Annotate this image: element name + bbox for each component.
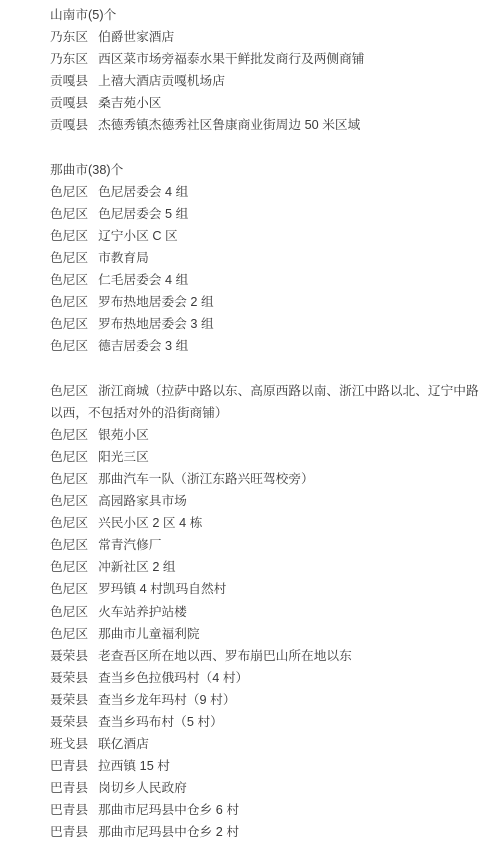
list-item: 聂荣县查当乡龙年玛村（9 村）: [50, 689, 483, 711]
place-label: 兴民小区 2 区 4 栋: [98, 516, 202, 530]
list-item: 色尼区银苑小区: [50, 424, 483, 446]
place-label: 德吉居委会 3 组: [98, 339, 188, 353]
place-label: 银苑小区: [98, 428, 149, 442]
district-label: 贡嘎县: [50, 96, 88, 110]
list-item: 色尼区那曲市儿童福利院: [50, 623, 483, 645]
list-item: 聂荣县查当乡色拉俄玛村（4 村）: [50, 667, 483, 689]
district-label: 色尼区: [50, 273, 88, 287]
place-label: 罗布热地居委会 2 组: [98, 295, 214, 309]
place-label: 那曲市尼玛县中仓乡 2 村: [98, 825, 239, 839]
list-item: 聂荣县查当乡玛布村（5 村）: [50, 711, 483, 733]
district-label: 色尼区: [50, 516, 88, 530]
place-label: 浙江商城（拉萨中路以东、高原西路以南、浙江中路以北、辽宁中路以西，不包括对外的沿…: [50, 384, 479, 420]
place-label: 老查吾区所在地以西、罗布崩巴山所在地以东: [98, 649, 352, 663]
city-section-title: 那曲市(38)个: [50, 159, 483, 181]
district-label: 色尼区: [50, 317, 88, 331]
district-label: 色尼区: [50, 207, 88, 221]
place-label: 桑吉苑小区: [98, 96, 161, 110]
district-label: 色尼区: [50, 560, 88, 574]
list-item: 色尼区辽宁小区 C 区: [50, 225, 483, 247]
place-label: 上禧大酒店贡嘎机场店: [98, 74, 225, 88]
list-item: 色尼区那曲汽车一队（浙江东路兴旺驾校旁）: [50, 468, 483, 490]
district-label: 色尼区: [50, 538, 88, 552]
list-item: 色尼区浙江商城（拉萨中路以东、高原西路以南、浙江中路以北、辽宁中路以西，不包括对…: [50, 380, 483, 424]
district-label: 色尼区: [50, 428, 88, 442]
city-section-naqu: 那曲市(38)个 色尼区色尼居委会 4 组 色尼区色尼居委会 5 组 色尼区辽宁…: [50, 159, 483, 358]
district-label: 色尼区: [50, 229, 88, 243]
place-label: 市教育局: [98, 251, 149, 265]
place-label: 岗切乡人民政府: [98, 781, 187, 795]
district-label: 乃东区: [50, 30, 88, 44]
district-label: 色尼区: [50, 627, 88, 641]
place-label: 常青汽修厂: [98, 538, 161, 552]
list-item: 色尼区兴民小区 2 区 4 栋: [50, 512, 483, 534]
district-label: 巴青县: [50, 781, 88, 795]
list-item: 巴青县岗切乡人民政府: [50, 777, 483, 799]
district-label: 贡嘎县: [50, 74, 88, 88]
list-item: 巴青县那曲市尼玛县中仓乡 6 村: [50, 799, 483, 821]
list-item: 乃东区伯爵世家酒店: [50, 26, 483, 48]
place-label: 仁毛居委会 4 组: [98, 273, 188, 287]
place-label: 拉西镇 15 村: [98, 759, 170, 773]
list-item: 色尼区市教育局: [50, 247, 483, 269]
place-label: 罗玛镇 4 村凯玛自然村: [98, 582, 226, 596]
list-item: 色尼区冲新社区 2 组: [50, 556, 483, 578]
district-label: 色尼区: [50, 605, 88, 619]
district-label: 贡嘎县: [50, 118, 88, 132]
place-label: 查当乡色拉俄玛村（4 村）: [98, 671, 248, 685]
place-label: 火车站养护站楼: [98, 605, 187, 619]
risk-area-list: 山南市(5)个 乃东区伯爵世家酒店 乃东区西区菜市场旁福泰水果干鲜批发商行及两侧…: [0, 0, 483, 844]
district-label: 巴青县: [50, 825, 88, 839]
list-item: 贡嘎县杰德秀镇杰德秀社区鲁康商业街周边 50 米区域: [50, 114, 483, 136]
list-item: 色尼区常青汽修厂: [50, 534, 483, 556]
district-label: 聂荣县: [50, 649, 88, 663]
place-label: 阳光三区: [98, 450, 149, 464]
place-label: 高园路家具市场: [98, 494, 187, 508]
place-label: 联亿酒店: [98, 737, 149, 751]
place-label: 罗布热地居委会 3 组: [98, 317, 214, 331]
district-label: 聂荣县: [50, 671, 88, 685]
list-item: 乃东区西区菜市场旁福泰水果干鲜批发商行及两侧商铺: [50, 48, 483, 70]
list-item: 聂荣县老查吾区所在地以西、罗布崩巴山所在地以东: [50, 645, 483, 667]
place-label: 西区菜市场旁福泰水果干鲜批发商行及两侧商铺: [98, 52, 364, 66]
district-label: 色尼区: [50, 384, 88, 398]
list-item: 色尼区阳光三区: [50, 446, 483, 468]
place-label: 杰德秀镇杰德秀社区鲁康商业街周边 50 米区域: [98, 118, 360, 132]
district-label: 巴青县: [50, 803, 88, 817]
list-item: 色尼区德吉居委会 3 组: [50, 335, 483, 357]
district-label: 乃东区: [50, 52, 88, 66]
place-label: 查当乡龙年玛村（9 村）: [98, 693, 235, 707]
place-label: 那曲汽车一队（浙江东路兴旺驾校旁）: [98, 472, 314, 486]
list-item: 巴青县那曲市尼玛县中仓乡 2 村: [50, 821, 483, 843]
place-label: 那曲市尼玛县中仓乡 6 村: [98, 803, 239, 817]
place-label: 冲新社区 2 组: [98, 560, 176, 574]
list-item: 色尼区高园路家具市场: [50, 490, 483, 512]
section-gap: [50, 358, 483, 380]
list-item: 色尼区色尼居委会 5 组: [50, 203, 483, 225]
list-item: 色尼区罗布热地居委会 2 组: [50, 291, 483, 313]
place-label: 色尼居委会 5 组: [98, 207, 188, 221]
list-item: 色尼区色尼居委会 4 组: [50, 181, 483, 203]
list-item: 色尼区罗玛镇 4 村凯玛自然村: [50, 578, 483, 600]
city-section-naqu-continued: 色尼区浙江商城（拉萨中路以东、高原西路以南、浙江中路以北、辽宁中路以西，不包括对…: [50, 380, 483, 844]
list-item: 色尼区仁毛居委会 4 组: [50, 269, 483, 291]
place-label: 色尼居委会 4 组: [98, 185, 188, 199]
place-label: 查当乡玛布村（5 村）: [98, 715, 223, 729]
city-section-shannan: 山南市(5)个 乃东区伯爵世家酒店 乃东区西区菜市场旁福泰水果干鲜批发商行及两侧…: [50, 4, 483, 137]
district-label: 色尼区: [50, 339, 88, 353]
district-label: 色尼区: [50, 582, 88, 596]
district-label: 巴青县: [50, 759, 88, 773]
list-item: 色尼区罗布热地居委会 3 组: [50, 313, 483, 335]
list-item: 巴青县拉西镇 15 村: [50, 755, 483, 777]
district-label: 色尼区: [50, 494, 88, 508]
place-label: 伯爵世家酒店: [98, 30, 174, 44]
district-label: 色尼区: [50, 251, 88, 265]
place-label: 那曲市儿童福利院: [98, 627, 200, 641]
district-label: 色尼区: [50, 295, 88, 309]
city-section-title: 山南市(5)个: [50, 4, 483, 26]
list-item: 色尼区火车站养护站楼: [50, 601, 483, 623]
district-label: 聂荣县: [50, 715, 88, 729]
list-item: 贡嘎县桑吉苑小区: [50, 92, 483, 114]
district-label: 色尼区: [50, 185, 88, 199]
list-item: 贡嘎县上禧大酒店贡嘎机场店: [50, 70, 483, 92]
district-label: 聂荣县: [50, 693, 88, 707]
section-gap: [50, 137, 483, 159]
list-item: 班戈县联亿酒店: [50, 733, 483, 755]
district-label: 班戈县: [50, 737, 88, 751]
place-label: 辽宁小区 C 区: [98, 229, 178, 243]
district-label: 色尼区: [50, 472, 88, 486]
district-label: 色尼区: [50, 450, 88, 464]
